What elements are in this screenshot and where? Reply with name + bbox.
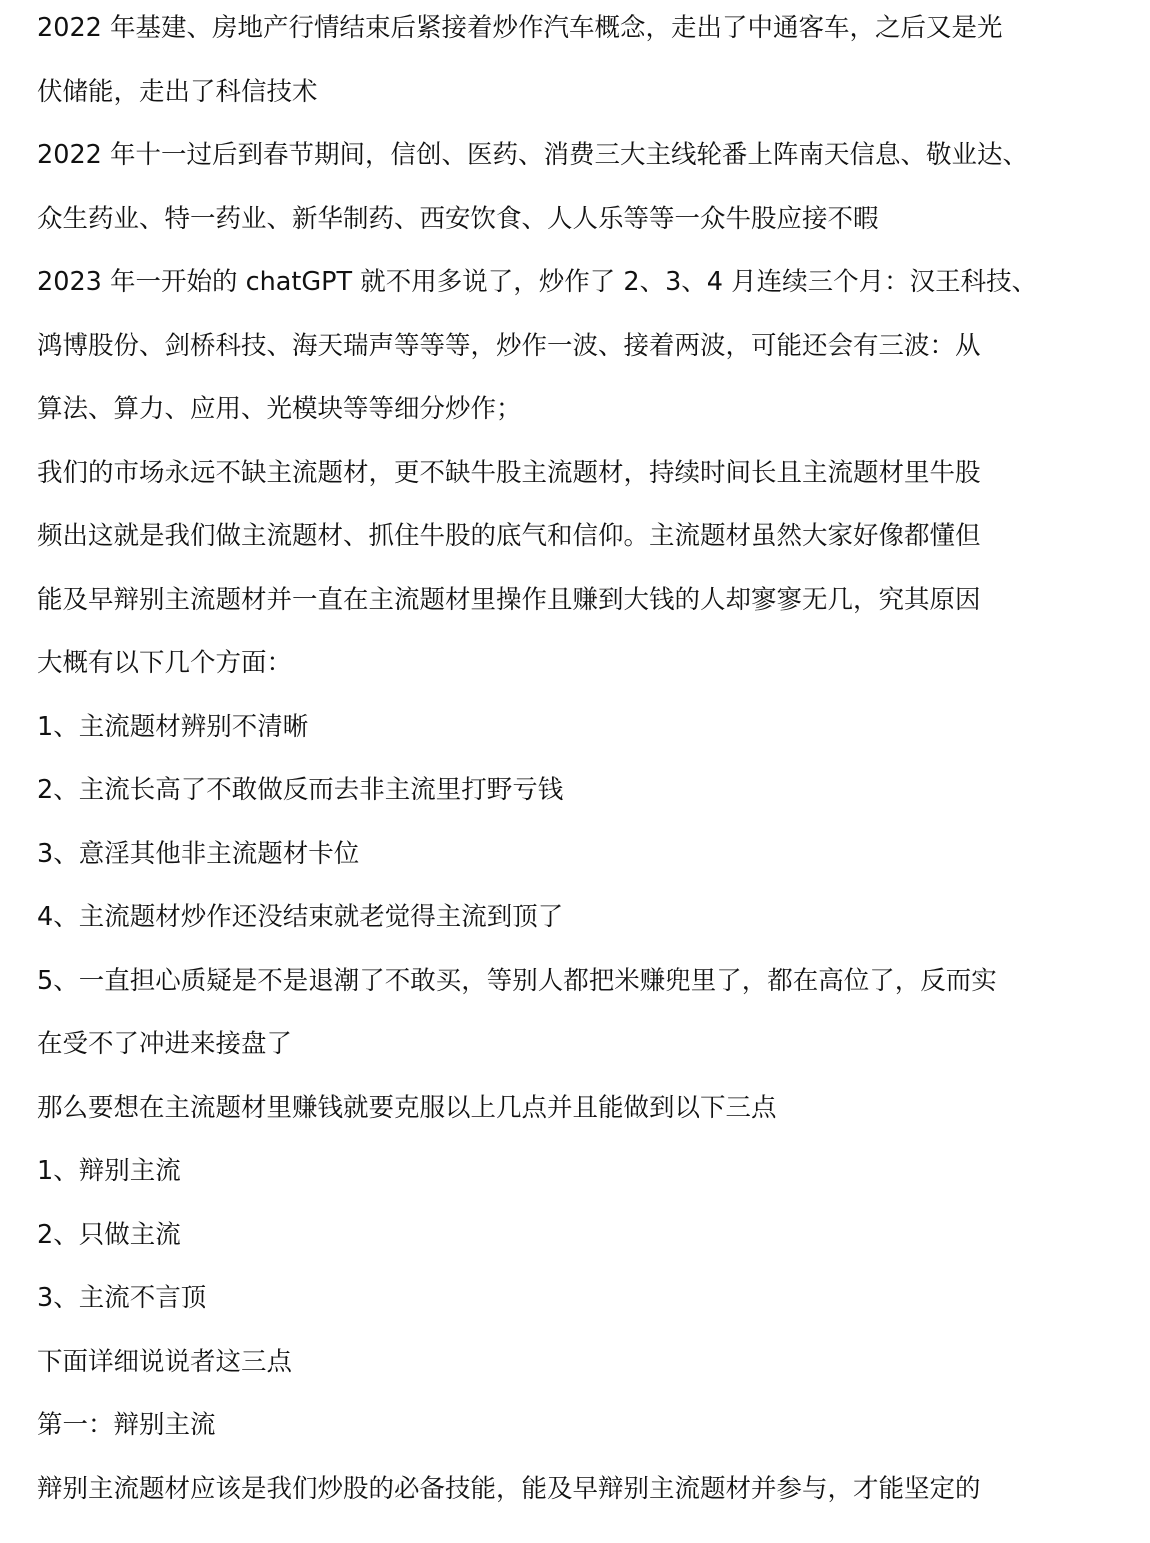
paragraph-line: 频出这就是我们做主流题材、抓住牛股的底气和信仰。主流题材虽然大家好像都懂但 — [37, 516, 1117, 580]
list-item: 1、辩别主流 — [37, 1151, 1117, 1215]
list-item: 4、主流题材炒作还没结束就老觉得主流到顶了 — [37, 897, 1117, 961]
list-item: 5、一直担心质疑是不是退潮了不敢买，等别人都把米赚兜里了，都在高位了，反而实 — [37, 961, 1117, 1025]
paragraph-line: 辩别主流题材应该是我们炒股的必备技能，能及早辩别主流题材并参与，才能坚定的 — [37, 1469, 1117, 1533]
list-item: 3、意淫其他非主流题材卡位 — [37, 834, 1117, 898]
paragraph-line: 鸿博股份、剑桥科技、海天瑞声等等等，炒作一波、接着两波，可能还会有三波：从 — [37, 326, 1117, 390]
paragraph-line: 那么要想在主流题材里赚钱就要克服以上几点并且能做到以下三点 — [37, 1088, 1117, 1152]
list-item: 2、主流长高了不敢做反而去非主流里打野亏钱 — [37, 770, 1117, 834]
paragraph-line: 下面详细说说者这三点 — [37, 1342, 1117, 1406]
paragraph-line: 我们的市场永远不缺主流题材，更不缺牛股主流题材，持续时间长且主流题材里牛股 — [37, 453, 1117, 517]
paragraph-line: 2023 年一开始的 chatGPT 就不用多说了，炒作了 2、3、4 月连续三… — [37, 262, 1117, 326]
paragraph-line: 2022 年十一过后到春节期间，信创、医药、消费三大主线轮番上阵南天信息、敬业达… — [37, 135, 1117, 199]
list-item-continuation: 在受不了冲进来接盘了 — [37, 1024, 1117, 1088]
section-heading: 第一：辩别主流 — [37, 1405, 1117, 1469]
paragraph-line: 算法、算力、应用、光模块等等细分炒作； — [37, 389, 1117, 453]
paragraph-line: 伏储能，走出了科信技术 — [37, 72, 1117, 136]
list-item: 3、主流不言顶 — [37, 1278, 1117, 1342]
paragraph-line: 2022 年基建、房地产行情结束后紧接着炒作汽车概念，走出了中通客车，之后又是光 — [37, 8, 1117, 72]
paragraph-line: 众生药业、特一药业、新华制药、西安饮食、人人乐等等一众牛股应接不暇 — [37, 199, 1117, 263]
paragraph-line: 大概有以下几个方面： — [37, 643, 1117, 707]
paragraph-line: 能及早辩别主流题材并一直在主流题材里操作且赚到大钱的人却寥寥无几，究其原因 — [37, 580, 1117, 644]
document-body: 2022 年基建、房地产行情结束后紧接着炒作汽车概念，走出了中通客车，之后又是光… — [37, 8, 1117, 1532]
list-item: 2、只做主流 — [37, 1215, 1117, 1279]
list-item: 1、主流题材辨别不清晰 — [37, 707, 1117, 771]
